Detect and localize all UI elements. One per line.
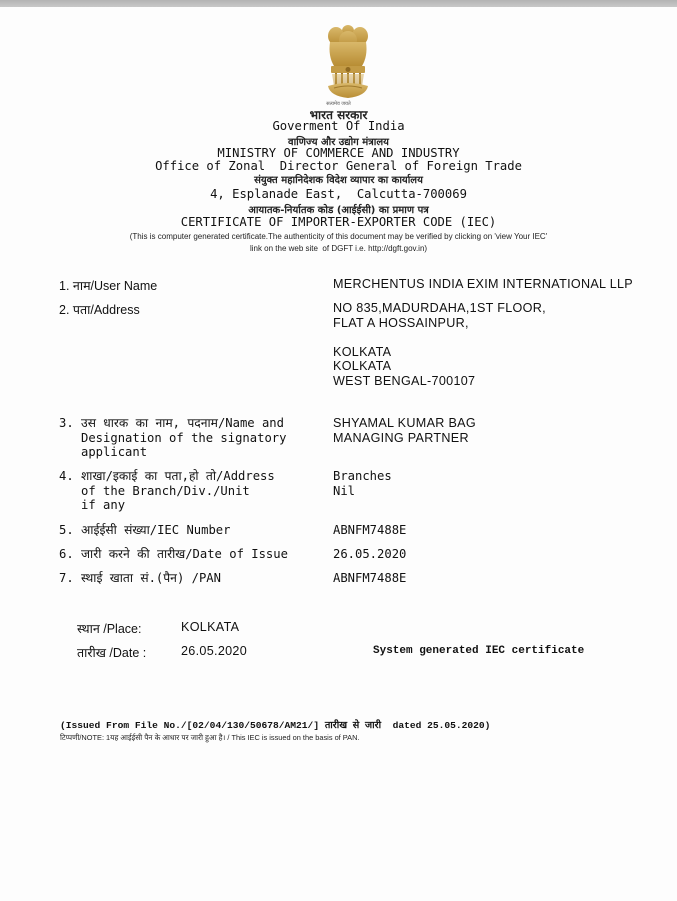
field-label-signatory-3: applicant — [59, 445, 147, 460]
field-label-date-of-issue: 6. जारी करने की तारीख/Date of Issue — [59, 547, 288, 562]
field-label-address: 2. पता/Address — [59, 301, 140, 318]
office-address: 4, Esplanade East, Calcutta-700069 — [0, 187, 677, 201]
field-label-signatory-1: 3. उस धारक का नाम, पदनाम/Name and — [59, 416, 284, 431]
certificate-title-english: CERTIFICATE OF IMPORTER-EXPORTER CODE (I… — [0, 215, 677, 229]
field-label-user-name: 1. नाम/User Name — [59, 277, 157, 294]
issued-from-file: (Issued From File No./[02/04/130/50678/A… — [60, 718, 490, 731]
field-value-branches: Branches — [333, 469, 392, 484]
field-label-iec-number: 5. आईईसी संख्या/IEC Number — [59, 523, 230, 538]
field-value-user-name: MERCHENTUS INDIA EXIM INTERNATIONAL LLP — [333, 277, 633, 292]
ministry-english: MINISTRY OF COMMERCE AND INDUSTRY — [0, 146, 677, 160]
field-value-address-line-6: WEST BENGAL-700107 — [333, 374, 475, 389]
field-value-signatory-name: SHYAMAL KUMAR BAG — [333, 416, 476, 431]
field-value-iec-number: ABNFM7488E — [333, 523, 406, 538]
government-english: Goverment Of India — [0, 119, 677, 133]
national-emblem-icon — [322, 22, 374, 104]
field-label-branch-1: 4. शाखा/इकाई का पता,हो तो/Address — [59, 469, 275, 484]
system-generated-note: System generated IEC certificate — [373, 645, 584, 657]
office-hindi: संयुक्त महानिदेशक विदेश व्यापार का कार्य… — [0, 172, 677, 186]
field-value-address-line-2: FLAT A HOSSAINPUR, — [333, 316, 469, 331]
field-value-branches-nil: Nil — [333, 484, 355, 499]
field-label-signatory-2: Designation of the signatory — [59, 431, 286, 446]
field-value-address-line-1: NO 835,MADURDAHA,1ST FLOOR, — [333, 301, 546, 316]
field-value-pan: ABNFM7488E — [333, 571, 406, 586]
disclaimer-line-2: link on the web site of DGFT i.e. http:/… — [0, 244, 677, 253]
date-value: 26.05.2020 — [181, 644, 247, 659]
pan-basis-note: टिप्पणी/NOTE: 1यह आईईसी पैन के आधार पर ज… — [60, 733, 359, 743]
field-label-pan: 7. स्थाई खाता सं.(पैन) /PAN — [59, 571, 221, 586]
place-label: स्थान /Place: — [77, 620, 141, 637]
disclaimer-line-1: (This is computer generated certificate.… — [0, 232, 677, 241]
place-value: KOLKATA — [181, 620, 239, 635]
field-value-signatory-designation: MANAGING PARTNER — [333, 431, 469, 446]
office-english: Office of Zonal Director General of Fore… — [0, 159, 677, 173]
date-label: तारीख /Date : — [77, 644, 146, 661]
field-value-address-line-4: KOLKATA — [333, 345, 391, 360]
field-value-date-of-issue: 26.05.2020 — [333, 547, 406, 562]
field-value-address-line-5: KOLKATA — [333, 359, 391, 374]
field-label-branch-3: if any — [59, 498, 125, 513]
field-label-branch-2: of the Branch/Div./Unit — [59, 484, 250, 499]
window-top-edge — [0, 0, 677, 7]
certificate-title-hindi: आयातक-निर्यातक कोड (आईईसी) का प्रमाण पत्… — [0, 202, 677, 216]
